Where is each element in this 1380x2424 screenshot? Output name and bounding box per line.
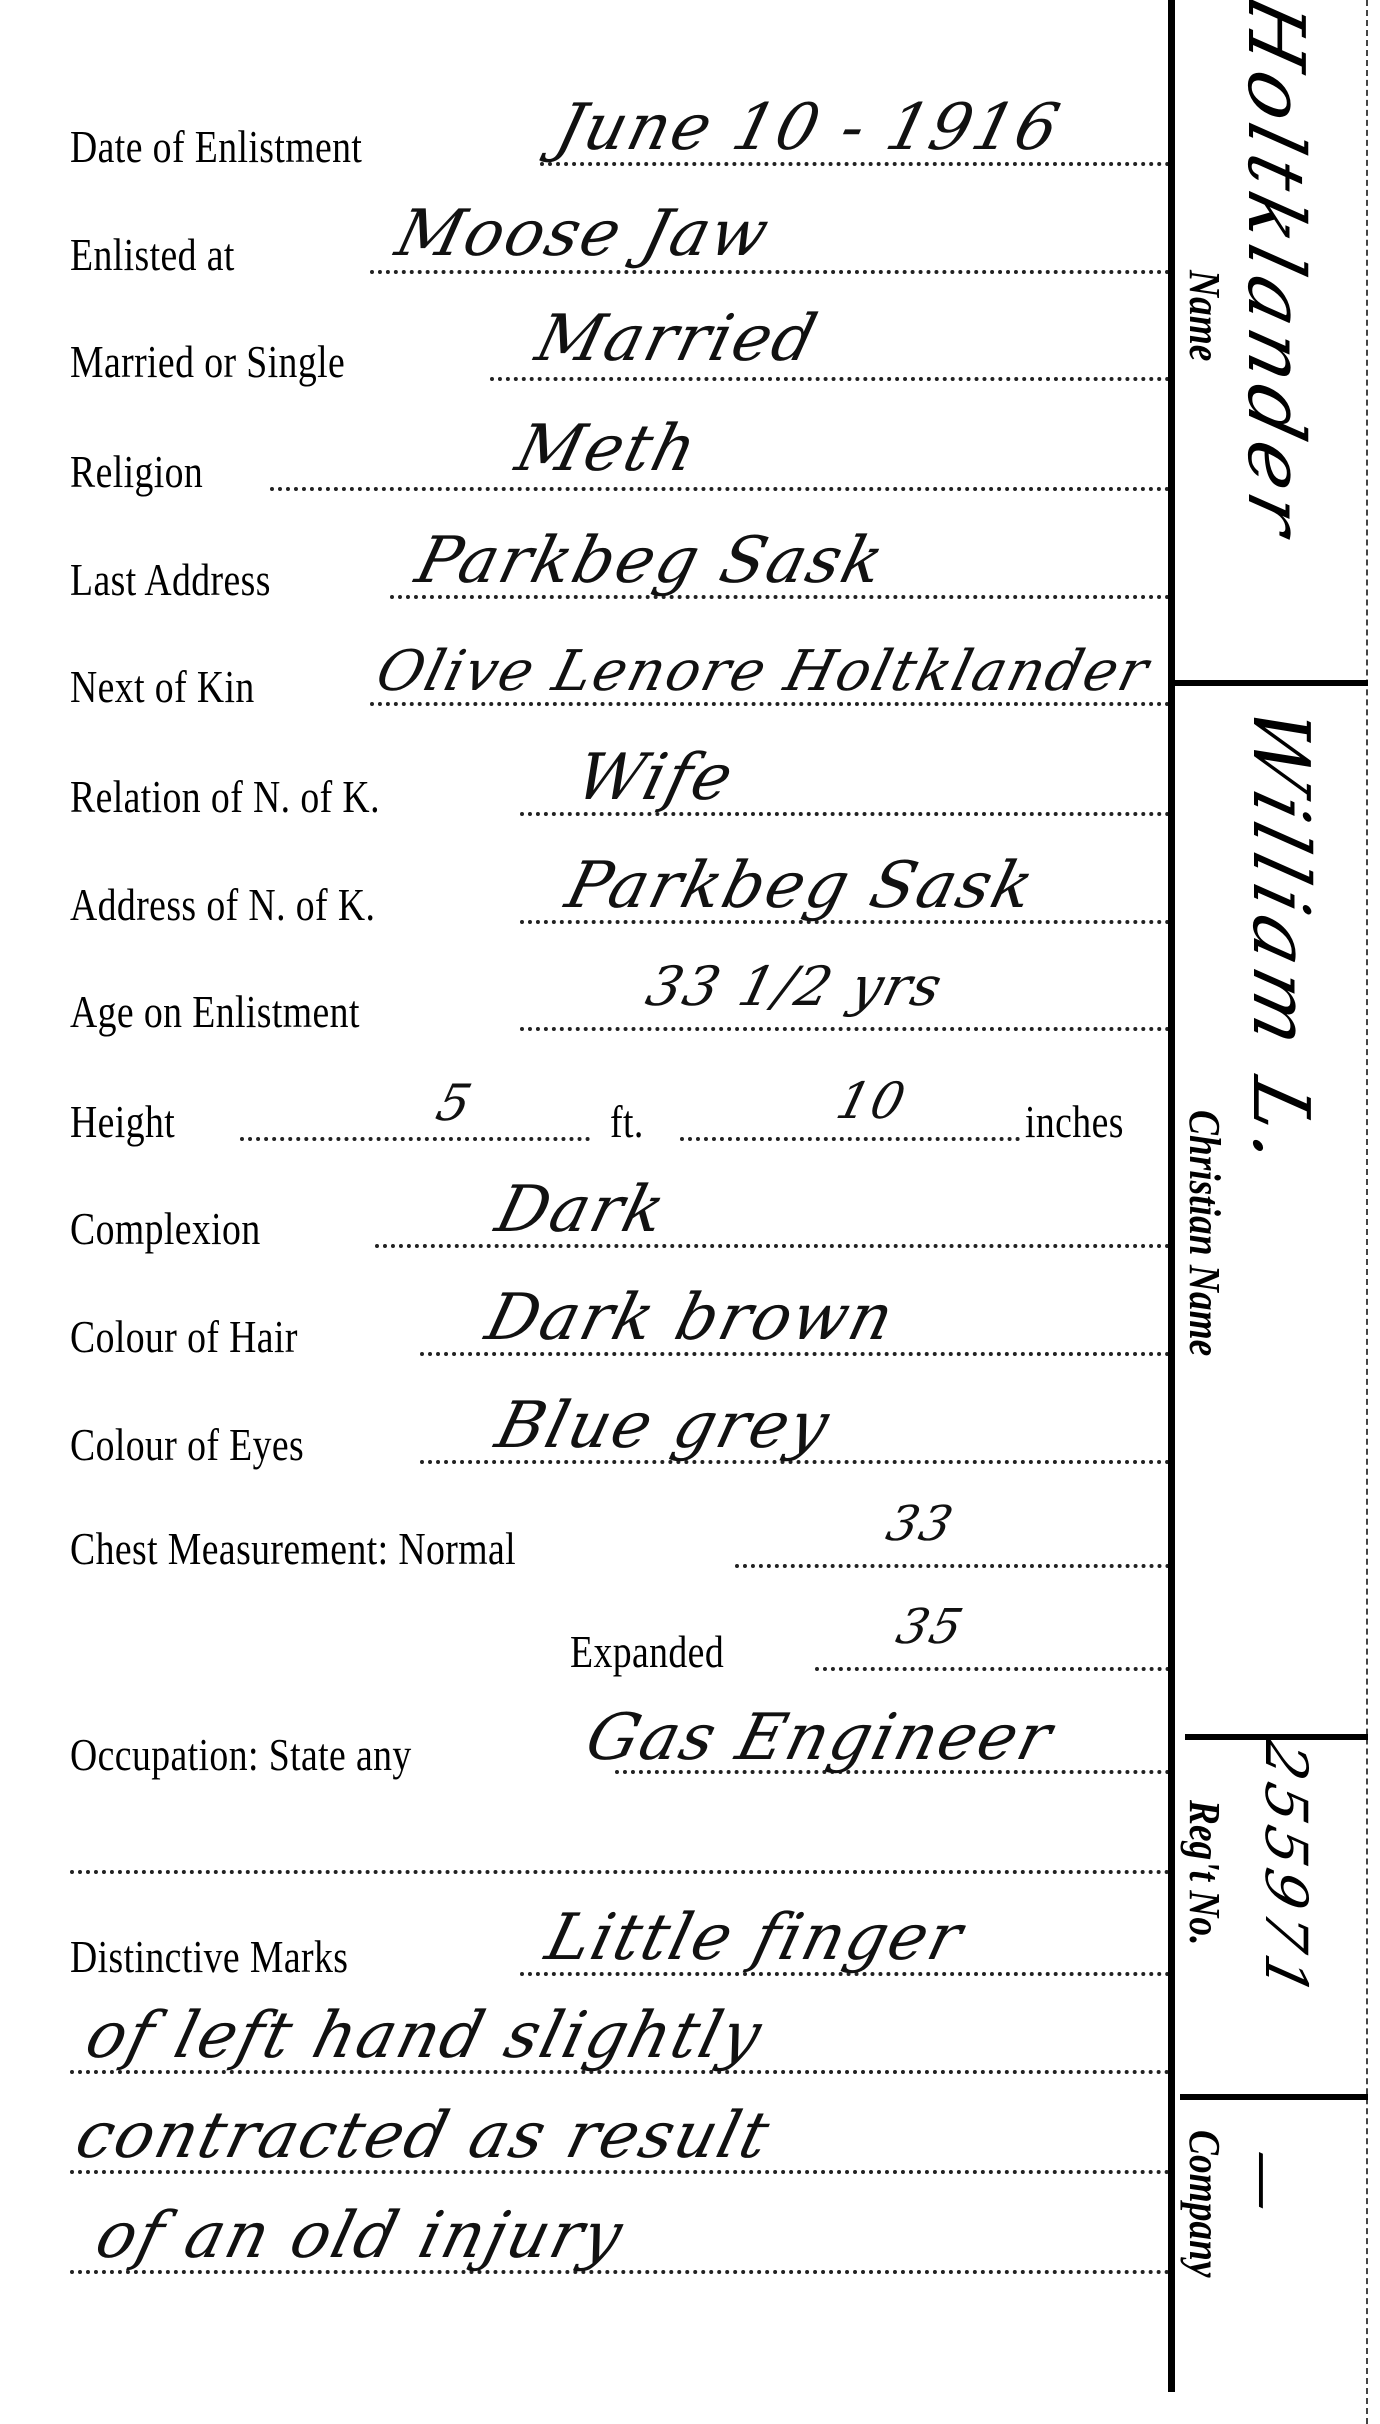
christian-name-label: Christian Name bbox=[1179, 1110, 1230, 1356]
field-value: Olive Lenore Holtklander bbox=[370, 640, 1156, 704]
field-distinctive-marks-line-4: of an old injury bbox=[70, 2218, 1170, 2278]
field-occupation-continued bbox=[70, 1818, 1170, 1878]
field-label: Age on Enlistment bbox=[70, 989, 360, 1035]
field-label: Address of N. of K. bbox=[70, 882, 375, 928]
dotted-line bbox=[735, 1564, 1170, 1568]
field-value: Wife bbox=[570, 746, 741, 810]
field-value: 33 bbox=[880, 1492, 961, 1556]
field-married-or-single: Married or Single Married bbox=[70, 325, 1170, 385]
field-label: Married or Single bbox=[70, 339, 345, 385]
field-height: Height 5 ft. 10 inches bbox=[70, 1085, 1170, 1145]
field-date-of-enlistment: Date of Enlistment June 10 - 1916 bbox=[70, 110, 1170, 170]
field-label: Complexion bbox=[70, 1206, 261, 1252]
field-chest-expanded: Expanded 35 bbox=[70, 1615, 1170, 1675]
field-age-on-enlistment: Age on Enlistment 33 1/2 yrs bbox=[70, 975, 1170, 1035]
regt-no-label: Reg't No. bbox=[1179, 1800, 1230, 1945]
field-value: 33 1/2 yrs bbox=[640, 955, 950, 1019]
field-colour-of-hair: Colour of Hair Dark brown bbox=[70, 1300, 1170, 1360]
field-value: Little finger bbox=[540, 1906, 970, 1970]
field-value: Parkbeg Sask bbox=[560, 854, 1041, 918]
card-right-edge bbox=[1366, 0, 1368, 2424]
dotted-line bbox=[270, 487, 1170, 491]
field-value: Gas Engineer bbox=[580, 1706, 1059, 1770]
field-label: Occupation: State any bbox=[70, 1732, 412, 1778]
company-label: Company bbox=[1179, 2130, 1230, 2278]
field-enlisted-at: Enlisted at Moose Jaw bbox=[70, 218, 1170, 278]
field-next-of-kin: Next of Kin Olive Lenore Holtklander bbox=[70, 650, 1170, 710]
field-label: Colour of Hair bbox=[70, 1314, 298, 1360]
regt-no-value: 255971 bbox=[1252, 1733, 1320, 2007]
field-distinctive-marks-line-2: of left hand slightly bbox=[70, 2018, 1170, 2078]
field-value: Meth bbox=[510, 417, 704, 481]
field-value: Blue grey bbox=[490, 1394, 836, 1458]
field-value: contracted as result bbox=[70, 2104, 777, 2168]
field-label: Chest Measurement: Normal bbox=[70, 1526, 516, 1572]
attestation-card: Date of Enlistment June 10 - 1916 Enlist… bbox=[0, 0, 1380, 2424]
field-address-of-next-of-kin: Address of N. of K. Parkbeg Sask bbox=[70, 868, 1170, 928]
field-label: Enlisted at bbox=[70, 232, 235, 278]
field-value: 35 bbox=[890, 1595, 971, 1659]
height-inches-unit: inches bbox=[1025, 1099, 1124, 1145]
field-complexion: Complexion Dark bbox=[70, 1192, 1170, 1252]
field-value: of left hand slightly bbox=[80, 2004, 769, 2068]
dotted-line bbox=[680, 1137, 1020, 1141]
height-feet-unit: ft. bbox=[610, 1099, 644, 1145]
name-value: Holtklander bbox=[1230, 0, 1320, 550]
height-feet-value: 5 bbox=[430, 1071, 480, 1135]
field-value: Moose Jaw bbox=[390, 202, 776, 266]
field-value: Married bbox=[530, 307, 824, 371]
christian-name-value: William L. bbox=[1235, 698, 1325, 1181]
field-value: of an old injury bbox=[90, 2204, 630, 2268]
field-relation-of-next-of-kin: Relation of N. of K. Wife bbox=[70, 760, 1170, 820]
height-inches-value: 10 bbox=[830, 1069, 914, 1133]
field-distinctive-marks-line-3: contracted as result bbox=[70, 2118, 1170, 2178]
field-label: Expanded bbox=[570, 1629, 724, 1675]
dotted-line bbox=[490, 377, 1170, 381]
field-value: Dark bbox=[490, 1178, 673, 1242]
field-distinctive-marks: Distinctive Marks Little finger bbox=[70, 1920, 1170, 1980]
field-label: Religion bbox=[70, 449, 203, 495]
field-label: Height bbox=[70, 1099, 175, 1145]
dotted-line bbox=[815, 1667, 1170, 1671]
field-value: Parkbeg Sask bbox=[410, 529, 891, 593]
divider-regt-company bbox=[1180, 2094, 1368, 2100]
field-label: Date of Enlistment bbox=[70, 124, 362, 170]
field-label: Last Address bbox=[70, 557, 271, 603]
field-occupation: Occupation: State any Gas Engineer bbox=[70, 1718, 1170, 1778]
dotted-line bbox=[520, 1027, 1170, 1031]
divider-name-christian bbox=[1172, 680, 1368, 686]
column-divider bbox=[1168, 0, 1175, 2392]
field-label: Colour of Eyes bbox=[70, 1422, 304, 1468]
field-value: Dark brown bbox=[480, 1286, 901, 1350]
field-colour-of-eyes: Colour of Eyes Blue grey bbox=[70, 1408, 1170, 1468]
company-value: — bbox=[1230, 2143, 1300, 2226]
dotted-line bbox=[240, 1137, 590, 1141]
field-chest-normal: Chest Measurement: Normal 33 bbox=[70, 1512, 1170, 1572]
field-label: Distinctive Marks bbox=[70, 1934, 348, 1980]
field-label: Relation of N. of K. bbox=[70, 774, 380, 820]
name-label: Name bbox=[1179, 270, 1230, 361]
field-value: June 10 - 1916 bbox=[550, 96, 1067, 160]
dotted-line bbox=[70, 1870, 1170, 1874]
field-last-address: Last Address Parkbeg Sask bbox=[70, 543, 1170, 603]
field-religion: Religion Meth bbox=[70, 435, 1170, 495]
field-label: Next of Kin bbox=[70, 664, 255, 710]
